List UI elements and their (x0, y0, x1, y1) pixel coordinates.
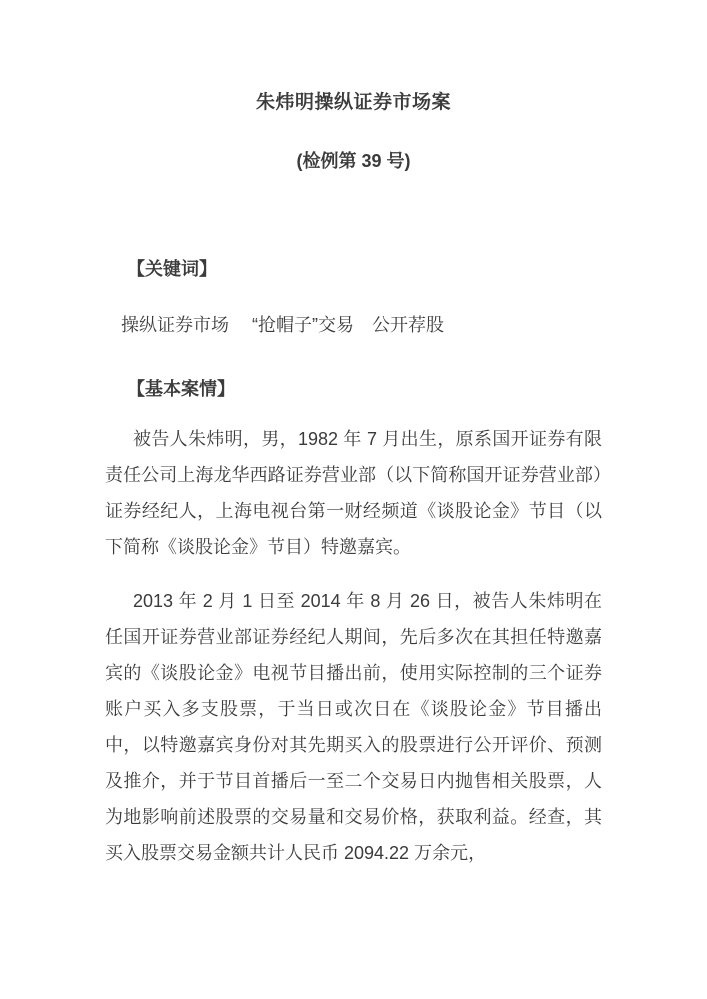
document-page: 朱炜明操纵证券市场案 (检例第 39 号) 【关键词】 操纵证券市场 “抢帽子”… (0, 0, 707, 999)
facts-paragraph-2: 2013 年 2 月 1 日至 2014 年 8 月 26 日，被告人朱炜明在任… (105, 583, 602, 871)
document-title: 朱炜明操纵证券市场案 (105, 85, 602, 121)
keywords-list: 操纵证券市场 “抢帽子”交易 公开荐股 (105, 307, 602, 343)
case-number: (检例第 39 号) (105, 143, 602, 179)
facts-section-heading: 【基本案情】 (105, 371, 602, 407)
facts-paragraph-1: 被告人朱炜明，男，1982 年 7 月出生，原系国开证券有限责任公司上海龙华西路… (105, 421, 602, 565)
keywords-section-heading: 【关键词】 (105, 251, 602, 287)
